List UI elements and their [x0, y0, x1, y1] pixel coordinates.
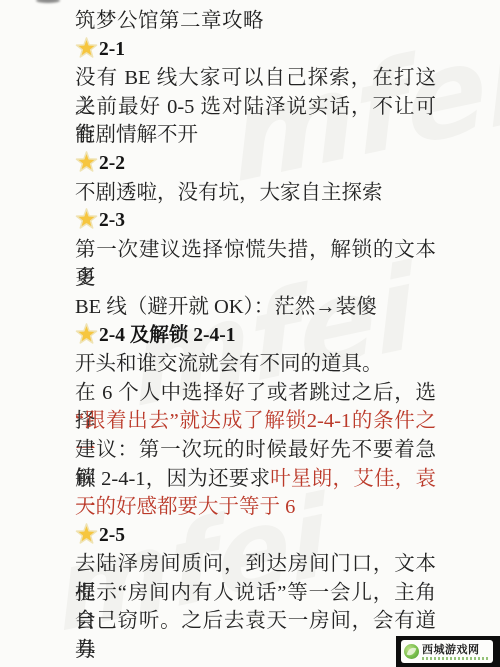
guide-line: 开头和谁交流就会有不同的道具。 [75, 350, 436, 379]
guide-line: 在 6 个人中选择好了或者跳过之后，选择 [75, 379, 436, 408]
star-icon [75, 150, 98, 173]
text-run: 多 [75, 267, 96, 289]
star-icon [75, 207, 98, 230]
star-icon [75, 322, 98, 345]
guide-lines: 筑梦公馆第二章攻略2-1没有 BE 线大家可以自己探索，在打这关之前最好 0-5… [75, 7, 436, 665]
photo-smudge [36, 0, 60, 3]
guide-line: 去陆泽房间质问，到达房间门口，文本框 [75, 550, 436, 579]
text-run: 2-2 [99, 153, 125, 174]
guide-line: BE 线（避开就 OK）：茫然→装傻 [75, 293, 436, 322]
section-header: 2-4 及解锁 2-4-1 [75, 322, 436, 351]
text-run: 2-1 [99, 39, 125, 60]
guide-title: 筑梦公馆第二章攻略 [75, 7, 436, 36]
site-tagline-microtext [422, 657, 488, 660]
guide-line: 券 [75, 636, 436, 665]
guide-line: 之前最好 0-5 选对陆泽说实话，不让可能 [75, 93, 436, 122]
section-header: 2-2 [75, 150, 436, 179]
site-name: 西城游戏网 [422, 644, 488, 656]
guide-line: 有剧情解不开 [75, 121, 436, 150]
guide-line: 锁 2-4-1，因为还要求叶星朗，艾佳，袁天 [75, 465, 436, 494]
leaf-logo-icon [404, 644, 419, 659]
site-badge: 西城游戏网 [401, 640, 493, 663]
text-run: BE 线（避开就 OK）：茫然→装傻 [75, 296, 377, 318]
guide-line: 多 [75, 264, 436, 293]
highlighted-text-run: 一的好感都要大于等于 6 [75, 496, 295, 518]
guide-line: 建议：第一次玩的时候最好先不要着急解 [75, 436, 436, 465]
star-icon [75, 36, 98, 59]
section-header: 2-5 [75, 522, 436, 551]
guide-line: “跟着出去”就达成了解锁2-4-1的条件之一 [75, 407, 436, 436]
text-run: 2-5 [99, 525, 125, 546]
text-run: 不剧透啦，没有坑，大家自主探索 [75, 182, 383, 204]
text-run: 2-4 及解锁 2-4-1 [99, 325, 235, 346]
text-run: 券 [75, 639, 96, 661]
site-badge-corner: 西城游戏网 [396, 636, 500, 667]
guide-line: 没有 BE 线大家可以自己探索，在打这关 [75, 64, 436, 93]
guide-line: 自己窃听。之后去袁天一房间，会有道具 [75, 607, 436, 636]
guide-line: 不剧透啦，没有坑，大家自主探索 [75, 179, 436, 208]
section-header: 2-3 [75, 207, 436, 236]
text-run: 开头和谁交流就会有不同的道具。 [75, 353, 383, 375]
text-run: 筑梦公馆第二章攻略 [75, 10, 264, 32]
text-run: 2-3 [99, 210, 125, 231]
guide-line: 一的好感都要大于等于 6 [75, 493, 436, 522]
guide-line: 第一次建议选择惊慌失措，解锁的文本更 [75, 236, 436, 265]
text-run: 锁 2-4-1，因为还要求 [75, 468, 270, 490]
section-header: 2-1 [75, 36, 436, 65]
star-icon [75, 522, 98, 545]
text-run: 有剧情解不开 [75, 124, 198, 146]
guide-line: 提示“房间内有人说话”等一会儿，主角会 [75, 579, 436, 608]
